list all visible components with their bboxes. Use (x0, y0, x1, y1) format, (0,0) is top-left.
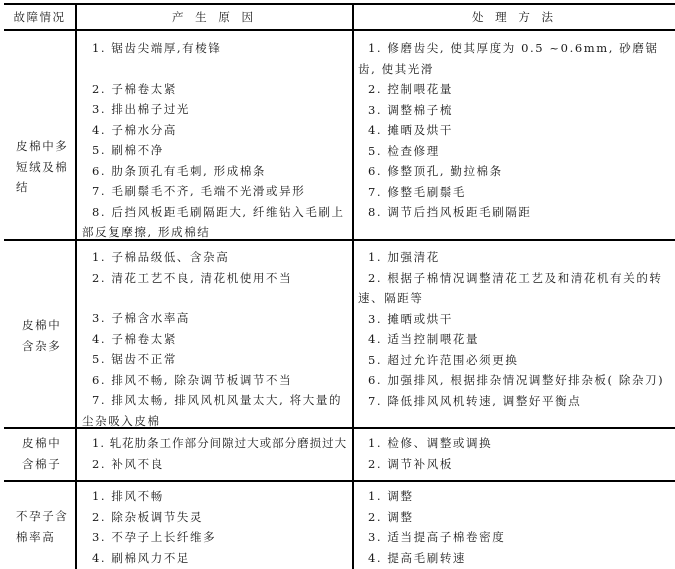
method-item: 4. 摊晒及烘干 (368, 120, 672, 141)
cause-item: 3. 子棉含水率高 (92, 308, 348, 329)
method-item: 2. 调节补风板 (368, 454, 672, 475)
method-cell: 1. 修磨齿尖, 使其厚度为 0.5 ~0.6mm, 砂磨锯齿, 使其光滑 2.… (356, 38, 672, 223)
column-divider (75, 3, 77, 569)
cause-item: 3. 排出棉子过光 (92, 99, 348, 120)
cause-item: 6. 肋条顶孔有毛刺, 形成棉条 (92, 161, 348, 182)
header-method: 处 理 方 法 (354, 9, 675, 25)
header-cause: 产 生 原 因 (77, 9, 352, 25)
method-item: 7. 修整毛刷鬃毛 (368, 182, 672, 203)
condition-line: 不孕子含 (16, 506, 74, 527)
cause-item: 4. 子棉卷太紧 (92, 329, 348, 350)
cause-item: 1. 排风不畅 (92, 486, 348, 507)
table-top-rule (4, 3, 675, 5)
method-cell: 1. 调整 2. 调整 3. 适当提高子棉卷密度 4. 提高毛刷转速 (356, 486, 672, 568)
condition-line: 含杂多 (22, 336, 74, 357)
cause-cell: 1. 轧花肋条工作部分间隙过大或部分磨损过大 2. 补风不良 (80, 433, 352, 474)
cause-item: 4. 子棉水分高 (92, 120, 348, 141)
cause-item: 2. 补风不良 (92, 454, 352, 475)
condition-line: 短绒及棉 (16, 157, 74, 178)
header-condition: 故障情况 (4, 9, 75, 25)
cause-item: 5. 刷棉不净 (92, 140, 348, 161)
method-item: 8. 调节后挡风板距毛刷隔距 (368, 202, 672, 223)
cause-item: 2. 除杂板调节失灵 (92, 507, 348, 528)
cause-item: 1. 锯齿尖端厚,有棱锋 (92, 38, 348, 59)
method-item: 2. 根据子棉情况调整清花工艺及和清花机有关的转速、隔距等 (358, 268, 672, 309)
method-item: 5. 检查修理 (368, 141, 672, 162)
method-item: 3. 适当提高子棉卷密度 (368, 527, 672, 548)
condition-cell: 皮棉中 含杂多 (22, 315, 74, 356)
condition-line: 皮棉中 (22, 315, 74, 336)
cause-item: 1. 子棉品级低、含杂高 (92, 247, 348, 268)
method-item: 1. 检修、调整或调换 (368, 433, 672, 454)
cause-item: 6. 排风不畅, 除杂调节板调节不当 (92, 370, 348, 391)
condition-line: 皮棉中 (22, 433, 74, 454)
cause-cell: 1. 排风不畅 2. 除杂板调节失灵 3. 不孕子上长纤维多 4. 刷棉风力不足 (80, 486, 348, 568)
cause-item: 2. 清花工艺不良, 清花机使用不当 (92, 268, 348, 289)
cause-item: 4. 刷棉风力不足 (92, 548, 348, 569)
method-item: 3. 摊晒或烘干 (368, 309, 672, 330)
method-item: 4. 提高毛刷转速 (368, 548, 672, 569)
method-item: 4. 适当控制喂花量 (368, 329, 672, 350)
method-cell: 1. 检修、调整或调换 2. 调节补风板 (356, 433, 672, 474)
cause-cell: 1. 子棉品级低、含杂高 2. 清花工艺不良, 清花机使用不当 3. 子棉含水率… (80, 247, 348, 431)
method-item: 7. 降低排风风机转速, 调整好平衡点 (368, 391, 672, 412)
method-item: 1. 调整 (368, 486, 672, 507)
condition-line: 棉率高 (16, 527, 74, 548)
method-cell: 1. 加强清花 2. 根据子棉情况调整清花工艺及和清花机有关的转速、隔距等 3.… (356, 247, 672, 411)
method-item: 2. 调整 (368, 507, 672, 528)
cause-item: 3. 不孕子上长纤维多 (92, 527, 348, 548)
header-bottom-rule (4, 29, 675, 31)
condition-cell: 不孕子含 棉率高 (16, 506, 74, 547)
cause-item: 5. 锯齿不正常 (92, 349, 348, 370)
column-divider (352, 3, 354, 569)
method-item: 1. 修磨齿尖, 使其厚度为 0.5 ~0.6mm, 砂磨锯齿, 使其光滑 (358, 38, 672, 79)
cause-item: 1. 轧花肋条工作部分间隙过大或部分磨损过大 (92, 433, 352, 454)
method-item: 6. 修整顶孔, 勤拉棉条 (368, 161, 672, 182)
method-item: 6. 加强排风, 根据排杂情况调整好排杂板( 除杂刀) (368, 370, 672, 391)
cause-item: 8. 后挡风板距毛刷隔距大, 纤维钻入毛刷上部反复摩擦, 形成棉结 (82, 202, 348, 243)
method-item: 1. 加强清花 (368, 247, 672, 268)
cause-item: 7. 排风太畅, 排风风机风量太大, 将大量的尘杂吸入皮棉 (82, 390, 348, 431)
condition-line: 结 (16, 177, 74, 198)
method-item: 2. 控制喂花量 (368, 79, 672, 100)
condition-cell: 皮棉中多 短绒及棉 结 (16, 136, 74, 198)
condition-line: 含棉子 (22, 454, 74, 475)
method-item: 3. 调整棉子梳 (368, 100, 672, 121)
cause-item: 2. 子棉卷太紧 (92, 79, 348, 100)
row-divider (4, 480, 675, 482)
condition-line: 皮棉中多 (16, 136, 74, 157)
cause-cell: 1. 锯齿尖端厚,有棱锋 2. 子棉卷太紧 3. 排出棉子过光 4. 子棉水分高… (80, 38, 348, 243)
condition-cell: 皮棉中 含棉子 (22, 433, 74, 474)
cause-item: 7. 毛刷鬃毛不齐, 毛端不光滑或异形 (92, 181, 348, 202)
method-item: 5. 超过允许范围必须更换 (368, 350, 672, 371)
